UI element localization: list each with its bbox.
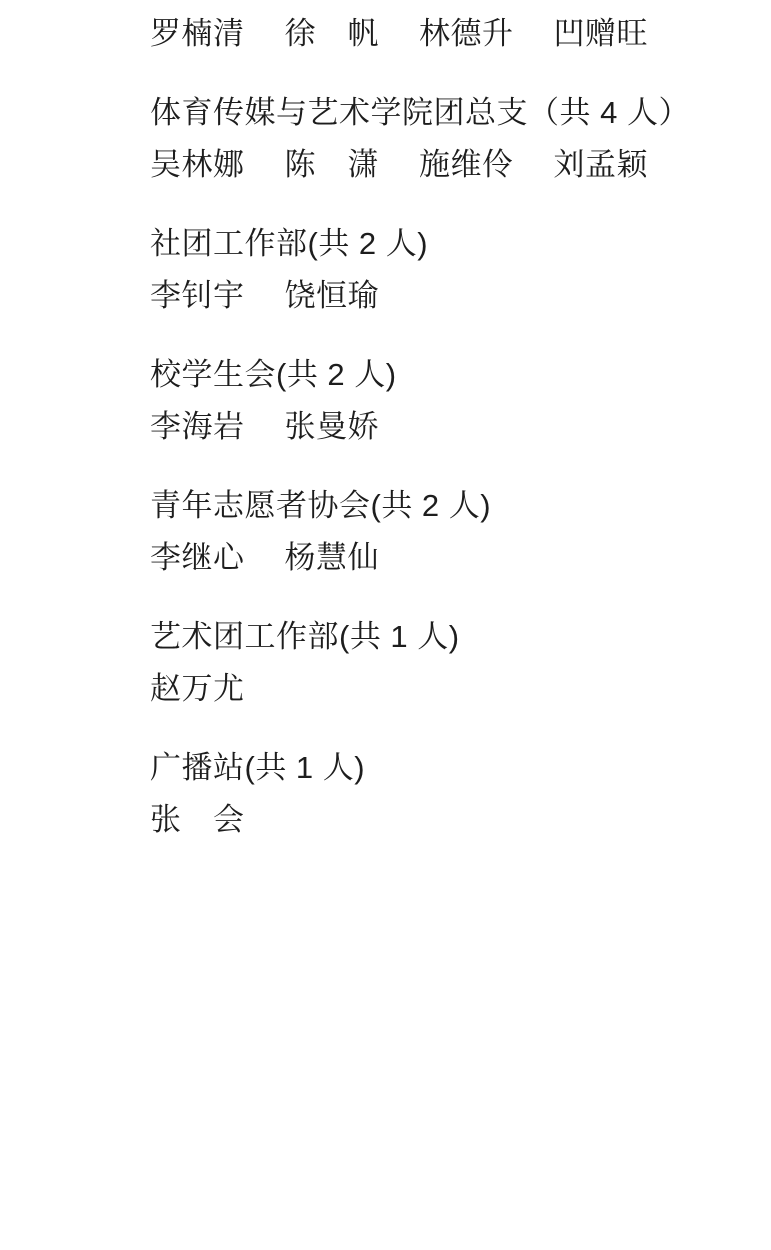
person-name: 凹赠旺: [554, 18, 649, 50]
roster-section: 青年志愿者协会(共 2 人)李继心杨慧仙: [150, 490, 731, 574]
person-name: 林德升: [419, 18, 514, 50]
person-name: 张曼娇: [285, 411, 380, 443]
person-name: 刘孟颖: [554, 149, 649, 181]
person-name: 吴林娜: [150, 149, 245, 181]
person-name: 陈 潇: [285, 149, 380, 181]
roster-list: 罗楠清徐 帆林德升凹赠旺体育传媒与艺术学院团总支（共 4 人）吴林娜陈 潇施维伶…: [150, 18, 731, 836]
person-name: 李海岩: [150, 411, 245, 443]
section-header: 校学生会(共 2 人): [150, 359, 731, 391]
names-row: 吴林娜陈 潇施维伶刘孟颖: [150, 149, 731, 181]
roster-section: 校学生会(共 2 人)李海岩张曼娇: [150, 359, 731, 443]
person-name: 罗楠清: [150, 18, 245, 50]
section-header: 青年志愿者协会(共 2 人): [150, 490, 731, 522]
names-row: 李海岩张曼娇: [150, 411, 731, 443]
names-row: 李继心杨慧仙: [150, 542, 731, 574]
person-name: 赵万尤: [150, 673, 245, 705]
section-header: 艺术团工作部(共 1 人): [150, 621, 731, 653]
person-name: 张 会: [150, 804, 245, 836]
names-row: 赵万尤: [150, 673, 731, 705]
names-row: 李钊宇饶恒瑜: [150, 280, 731, 312]
section-header: 广播站(共 1 人): [150, 752, 731, 784]
roster-section: 广播站(共 1 人)张 会: [150, 752, 731, 836]
person-name: 施维伶: [419, 149, 514, 181]
names-row: 张 会: [150, 804, 731, 836]
person-name: 李钊宇: [150, 280, 245, 312]
person-name: 饶恒瑜: [285, 280, 380, 312]
roster-section: 体育传媒与艺术学院团总支（共 4 人）吴林娜陈 潇施维伶刘孟颖: [150, 97, 731, 181]
roster-section: 社团工作部(共 2 人)李钊宇饶恒瑜: [150, 228, 731, 312]
person-name: 杨慧仙: [285, 542, 380, 574]
names-row: 罗楠清徐 帆林德升凹赠旺: [150, 18, 731, 50]
names-continuation-section: 罗楠清徐 帆林德升凹赠旺: [150, 18, 731, 50]
document-page: 罗楠清徐 帆林德升凹赠旺体育传媒与艺术学院团总支（共 4 人）吴林娜陈 潇施维伶…: [0, 0, 771, 1250]
section-header: 体育传媒与艺术学院团总支（共 4 人）: [150, 97, 731, 129]
person-name: 徐 帆: [285, 18, 380, 50]
roster-section: 艺术团工作部(共 1 人)赵万尤: [150, 621, 731, 705]
section-header: 社团工作部(共 2 人): [150, 228, 731, 260]
person-name: 李继心: [150, 542, 245, 574]
